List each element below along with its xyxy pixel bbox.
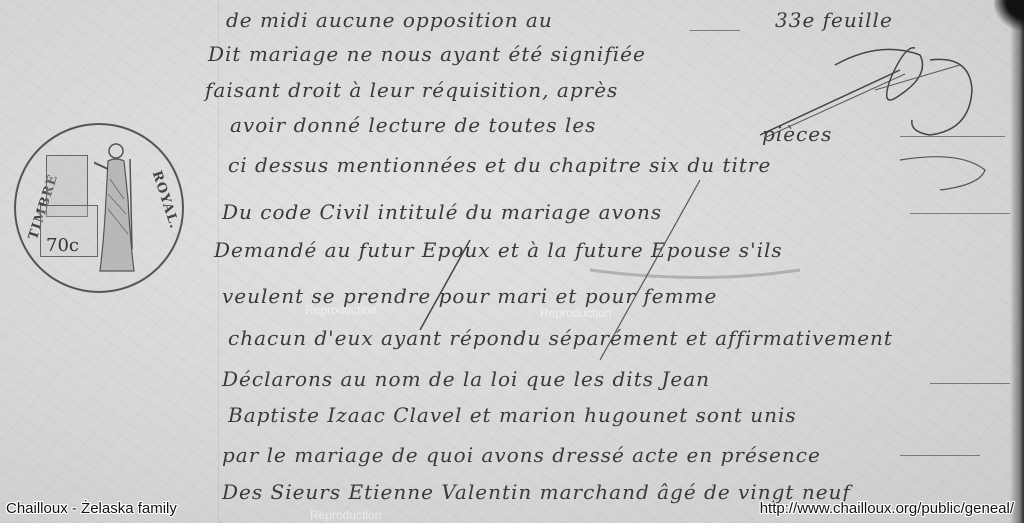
reproduction-watermark: Reproduction [305, 303, 376, 317]
family-caption: Chailloux - Żelaska family [6, 500, 177, 517]
reproduction-watermark: Reproduction [310, 508, 381, 522]
website-url-caption[interactable]: http://www.chailloux.org/public/geneal/ [760, 500, 1014, 517]
paraph-flourish-icon [0, 0, 1024, 523]
page-edge-shadow [1010, 0, 1024, 523]
page-corner-shadow [994, 0, 1024, 34]
reproduction-watermark: Reproduction [540, 306, 611, 320]
